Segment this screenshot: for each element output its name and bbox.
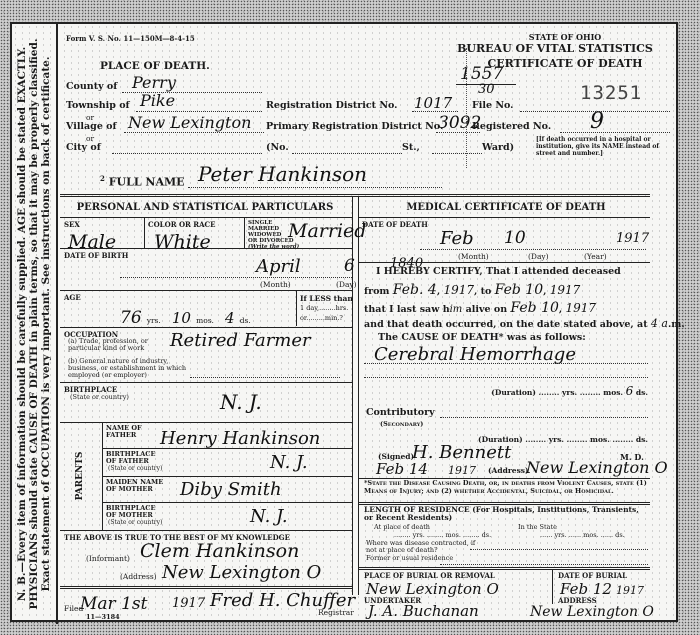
informant-label: (Informant) bbox=[86, 554, 130, 563]
footnote: *State the Disease Causing Death, or, in… bbox=[364, 480, 648, 495]
township-label: Township of bbox=[66, 100, 130, 111]
rule bbox=[358, 217, 650, 218]
occupation-a-label: (a) Trade, profession, or particular kin… bbox=[68, 338, 168, 352]
village-field: New Lexington bbox=[124, 119, 264, 133]
mother-birthplace-value: N. J. bbox=[250, 506, 288, 527]
occupation-b-field bbox=[190, 372, 340, 378]
informant-address-value: New Lexington O bbox=[162, 562, 321, 583]
rule bbox=[144, 217, 145, 248]
if-less-label: If LESS than bbox=[300, 294, 353, 303]
city-label: City of bbox=[66, 142, 101, 153]
age-years: 76 bbox=[120, 308, 142, 328]
age-label: AGE bbox=[64, 293, 81, 302]
rule bbox=[60, 422, 352, 423]
cause-value: Cerebral Hemorrhage bbox=[374, 344, 576, 365]
full-name-label-text: FULL NAME bbox=[109, 176, 185, 189]
marital-value: Married bbox=[288, 220, 366, 242]
county-label: County of bbox=[66, 81, 117, 92]
bureau-label: BUREAU OF VITAL STATISTICS bbox=[430, 42, 680, 55]
in-state-label: In the State bbox=[518, 524, 558, 531]
death-month-caption: (Month) bbox=[458, 252, 489, 261]
header-divider bbox=[466, 48, 467, 168]
dob-field: April 6 1840 bbox=[120, 264, 352, 278]
cause-field: Cerebral Hemorrhage bbox=[364, 346, 648, 364]
certify-text: I HEREBY CERTIFY, That I attended deceas… bbox=[376, 266, 621, 277]
street-label: St., bbox=[402, 142, 420, 153]
township-field: Pike bbox=[136, 98, 262, 112]
county-value: Perry bbox=[132, 73, 176, 92]
date-of-death-label: DATE OF DEATH bbox=[362, 220, 428, 229]
at-place-label: At place of death bbox=[374, 524, 464, 531]
mother-label: MAIDEN NAME OF MOTHER bbox=[106, 479, 166, 493]
death-year: 1917 bbox=[616, 231, 649, 246]
parents-label: PARENTS bbox=[75, 452, 85, 501]
registration-district-label: Registration District No. bbox=[266, 100, 397, 111]
side-instructions: N. B.—Every item of information should b… bbox=[12, 24, 58, 624]
registered-no-field: 9 bbox=[560, 119, 670, 133]
place-of-death-heading: PLACE OF DEATH. bbox=[100, 60, 210, 72]
color-label: COLOR OR RACE bbox=[148, 220, 215, 229]
father-birthplace-label: BIRTHPLACE OF FATHER bbox=[106, 451, 166, 465]
dob-day: 6 bbox=[344, 256, 355, 276]
rule bbox=[60, 530, 352, 531]
full-name-number: 2 bbox=[100, 174, 105, 183]
dob-month: April bbox=[256, 256, 301, 277]
occupation-b-label: (b) General nature of industry, business… bbox=[68, 358, 188, 379]
death-day: 10 bbox=[504, 228, 526, 248]
rule bbox=[244, 217, 245, 248]
village-value: New Lexington bbox=[128, 113, 251, 132]
footer-code: 11—3184 bbox=[86, 613, 120, 621]
section-divider bbox=[60, 194, 650, 197]
day-hrs-label: 1 day,........hrs. bbox=[300, 304, 348, 312]
file-no-label: File No. bbox=[472, 100, 513, 111]
undertaker-address-value: New Lexington O bbox=[530, 604, 654, 620]
birthplace-sub: (State or country) bbox=[70, 393, 129, 401]
filed-date: Mar 1st bbox=[80, 594, 147, 614]
sex-value: Male bbox=[68, 231, 116, 253]
rule bbox=[60, 248, 352, 249]
mother-value: Diby Smith bbox=[180, 479, 282, 500]
marital-caption: (Write the word) bbox=[248, 244, 299, 250]
father-value: Henry Hankinson bbox=[160, 428, 320, 449]
contracted-label: Where was disease contracted, if not at … bbox=[366, 540, 486, 554]
certificate-form: Form V. S. No. 11—150M—8-4-15 STATE OF O… bbox=[60, 24, 676, 620]
at-place-fields: ........ yrs. ........ mos. ........ ds. bbox=[394, 531, 491, 539]
informant-value: Clem Hankinson bbox=[140, 540, 299, 562]
burial-label: PLACE OF BURIAL OR REMOVAL bbox=[364, 571, 495, 580]
contracted-field bbox=[470, 546, 648, 550]
signed-address-label: (Address) bbox=[488, 466, 529, 475]
mother-birthplace-sub: (State or country) bbox=[108, 519, 162, 526]
rule bbox=[358, 262, 650, 263]
undertaker-value: J. A. Buchanan bbox=[368, 602, 479, 620]
registration-district-value: 1017 bbox=[414, 94, 452, 112]
occupation-value: Retired Farmer bbox=[170, 330, 311, 351]
signed-year: 1917 bbox=[448, 464, 476, 477]
signed-address-value: New Lexington O bbox=[526, 458, 668, 477]
handwritten-sub-number: 30 bbox=[478, 82, 495, 97]
alive-on-label: alive on bbox=[466, 304, 508, 315]
birthplace-value: N. J. bbox=[220, 390, 262, 414]
medical-heading: MEDICAL CERTIFICATE OF DEATH bbox=[360, 202, 652, 213]
alive-on-value: Feb 10 bbox=[510, 300, 558, 316]
signed-date: Feb 14 bbox=[376, 460, 428, 478]
from-label: from bbox=[364, 286, 389, 297]
hospital-note: [If death occurred in a hospital or inst… bbox=[536, 136, 676, 157]
to-year: 1917 bbox=[550, 283, 581, 297]
death-certificate: N. B.—Every item of information should b… bbox=[10, 22, 678, 622]
occurred-text: and that death occurred, on the date sta… bbox=[364, 319, 648, 330]
ward-label: Ward) bbox=[482, 142, 514, 153]
personal-heading: PERSONAL AND STATISTICAL PARTICULARS bbox=[60, 202, 350, 213]
cause-heading: The CAUSE OF DEATH* was as follows: bbox=[378, 332, 586, 343]
age-ds-label: ds. bbox=[240, 316, 251, 325]
sex-label: SEX bbox=[64, 220, 80, 229]
occurred-row: and that death occurred, on the date sta… bbox=[364, 317, 654, 330]
rule bbox=[102, 502, 352, 503]
last-saw-row: that I last saw him alive on Feb 10, 191… bbox=[364, 300, 650, 316]
column-divider-2 bbox=[358, 197, 359, 595]
last-saw-label: that I last saw h bbox=[364, 304, 450, 315]
registrar-label: Registrar bbox=[318, 608, 354, 617]
from-value: Feb. 4 bbox=[393, 282, 437, 298]
contributory-field bbox=[440, 408, 648, 418]
age-months: 10 bbox=[172, 309, 191, 327]
age-mos-label: mos. bbox=[196, 316, 214, 325]
rule bbox=[358, 567, 650, 570]
alive-on-year: 1917 bbox=[566, 301, 597, 315]
m-label: .m. bbox=[668, 319, 685, 330]
filed-year: 1917 bbox=[172, 596, 205, 611]
rule bbox=[102, 448, 352, 449]
duration-label: (Duration) bbox=[491, 388, 536, 397]
burial-year: 1917 bbox=[616, 584, 644, 597]
city-field bbox=[112, 140, 262, 154]
age-days: 4 bbox=[225, 309, 235, 327]
township-value: Pike bbox=[140, 91, 175, 110]
full-name-label: 2 FULL NAME bbox=[100, 174, 185, 189]
rule bbox=[60, 217, 352, 218]
state-label: STATE OF OHIO bbox=[460, 32, 670, 42]
former-residence-field bbox=[440, 561, 648, 565]
registration-district-field: 1017 bbox=[412, 98, 458, 112]
full-name-field: Peter Hankinson bbox=[188, 172, 442, 188]
duration-days: 6 bbox=[626, 384, 634, 398]
father-label: NAME OF FATHER bbox=[106, 425, 146, 439]
father-birthplace-sub: (State or country) bbox=[108, 465, 162, 472]
death-day-caption: (Day) bbox=[528, 252, 549, 261]
rule bbox=[60, 586, 352, 589]
rule bbox=[60, 327, 352, 328]
attended-row: from Feb. 4, 1917, to Feb 10, 1917 bbox=[364, 282, 650, 298]
death-month: Feb bbox=[440, 228, 474, 249]
ward-field bbox=[432, 140, 482, 154]
dob-month-caption: (Month) bbox=[260, 280, 291, 289]
residence-label: LENGTH OF RESIDENCE (For Hospitals, Inst… bbox=[364, 506, 648, 522]
from-year: 1917 bbox=[443, 283, 474, 297]
contributory-label: Contributory bbox=[366, 407, 435, 418]
informant-address-label: (Address) bbox=[120, 572, 157, 581]
street-field bbox=[292, 140, 402, 154]
form-number: Form V. S. No. 11—150M—8-4-15 bbox=[66, 34, 195, 43]
death-year-caption: (Year) bbox=[584, 252, 607, 261]
rule bbox=[60, 382, 352, 383]
last-saw-him: im bbox=[450, 304, 463, 315]
registered-no-value: 9 bbox=[590, 109, 604, 134]
dob-label: DATE OF BIRTH bbox=[64, 251, 128, 260]
in-state-fields: ...... yrs. ...... mos. ...... ds. bbox=[540, 531, 625, 539]
rule bbox=[102, 476, 352, 477]
color-value: White bbox=[154, 231, 211, 253]
duration-row: (Duration) ........ yrs. ........ mos. 6… bbox=[364, 384, 648, 398]
registered-no-label: Registered No. bbox=[472, 121, 551, 132]
to-value: Feb 10 bbox=[495, 282, 543, 298]
parents-section-label: PARENTS bbox=[62, 422, 98, 530]
secondary-label: (Secondary) bbox=[380, 420, 423, 428]
age-yrs-label: yrs. bbox=[147, 316, 161, 325]
father-birthplace-value: N. J. bbox=[270, 452, 308, 473]
occurred-time: 4 a bbox=[651, 317, 668, 330]
rule bbox=[296, 290, 297, 326]
village-label: Village of bbox=[66, 121, 117, 132]
rule bbox=[552, 570, 553, 604]
full-name-value: Peter Hankinson bbox=[198, 162, 367, 186]
age-field: 76 yrs. 10 mos. 4 ds. bbox=[120, 308, 290, 328]
side-instructions-text: N. B.—Every item of information should b… bbox=[16, 34, 52, 614]
primary-registration-label: Primary Registration District No. bbox=[266, 121, 443, 132]
date-of-death-field: Feb 10 1917 bbox=[420, 236, 646, 250]
rule bbox=[60, 290, 352, 291]
burial-date-label: DATE OF BURIAL bbox=[558, 571, 627, 580]
street-no-label: (No. bbox=[266, 142, 289, 153]
to-label: to bbox=[481, 286, 492, 297]
cause-field-2 bbox=[364, 366, 648, 378]
or-min-label: or.........min.? bbox=[300, 314, 343, 322]
dob-day-caption: (Day) bbox=[336, 280, 357, 289]
mother-birthplace-label: BIRTHPLACE OF MOTHER bbox=[106, 505, 166, 519]
